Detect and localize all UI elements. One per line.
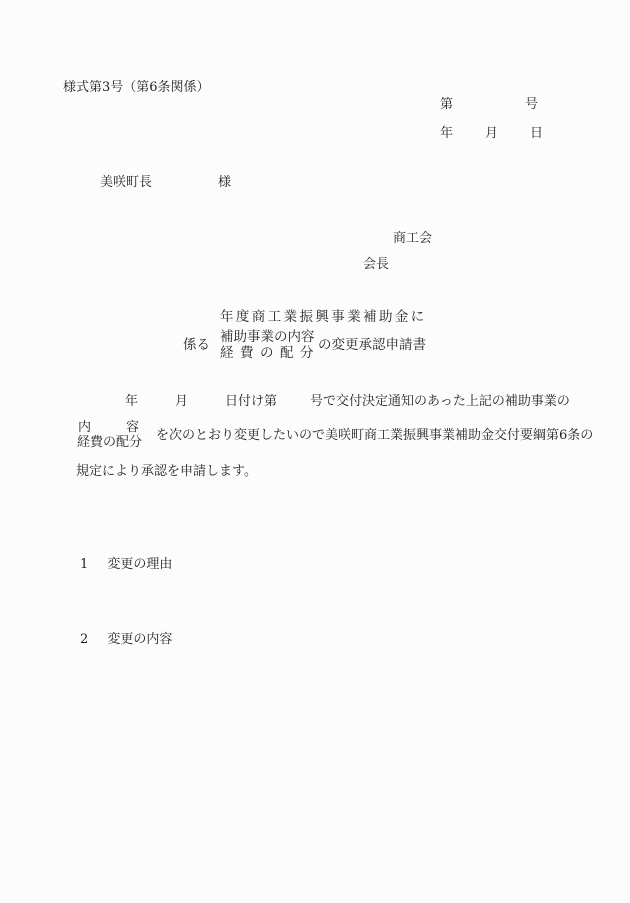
body-option-bottom: 経費の配分 — [77, 436, 142, 450]
body-line1-rest: 号で交付決定通知のあった上記の補助事業の — [310, 395, 570, 409]
form-number: 様式第3号（第6条関係） — [63, 81, 210, 95]
sender-title: 会長 — [363, 258, 389, 272]
sender-organization: 商工会 — [393, 232, 432, 246]
item-change-reason: 1 変更の理由 — [80, 558, 172, 572]
body-line3: 規定により承認を申請します。 — [76, 465, 257, 479]
item-label: 変更の理由 — [107, 557, 172, 572]
title-option-bottom: 経費の配分 — [220, 346, 320, 361]
document-page: 様式第3号（第6条関係） 第 号 年 月 日 美咲町長 様 商工会 会長 係る … — [0, 0, 630, 903]
title-option-top: 補助事業の内容 — [220, 330, 315, 345]
doc-number-line: 第 号 — [440, 98, 538, 112]
item-number: 2 — [80, 632, 88, 647]
addressee-line: 美咲町長 様 — [100, 176, 231, 190]
doc-number-suffix: 号 — [525, 98, 538, 112]
date-day-label: 日 — [530, 127, 543, 141]
addressee-name: 美咲町長 — [100, 176, 152, 190]
body-line2: を次のとおり変更したいので美咲町商工業振興事業補助金交付要綱第6条の — [156, 429, 593, 443]
date-line: 年 月 日 — [440, 127, 543, 141]
body-date-day-prefix: 日付け第 — [225, 395, 277, 409]
title-suffix: の変更承認申請書 — [318, 338, 426, 353]
body-date-month-label: 月 — [175, 395, 188, 409]
title-connector: 係る — [183, 338, 210, 353]
item-label: 変更の内容 — [107, 632, 172, 647]
date-year-label: 年 — [440, 127, 453, 141]
addressee-honorific: 様 — [218, 176, 231, 190]
date-month-label: 月 — [485, 127, 498, 141]
doc-number-prefix: 第 — [440, 98, 453, 112]
title-line1: 年度商工業振興事業補助金に — [220, 310, 427, 325]
item-change-content: 2 変更の内容 — [80, 633, 172, 647]
item-number: 1 — [80, 557, 88, 572]
body-date-year-label: 年 — [125, 395, 138, 409]
